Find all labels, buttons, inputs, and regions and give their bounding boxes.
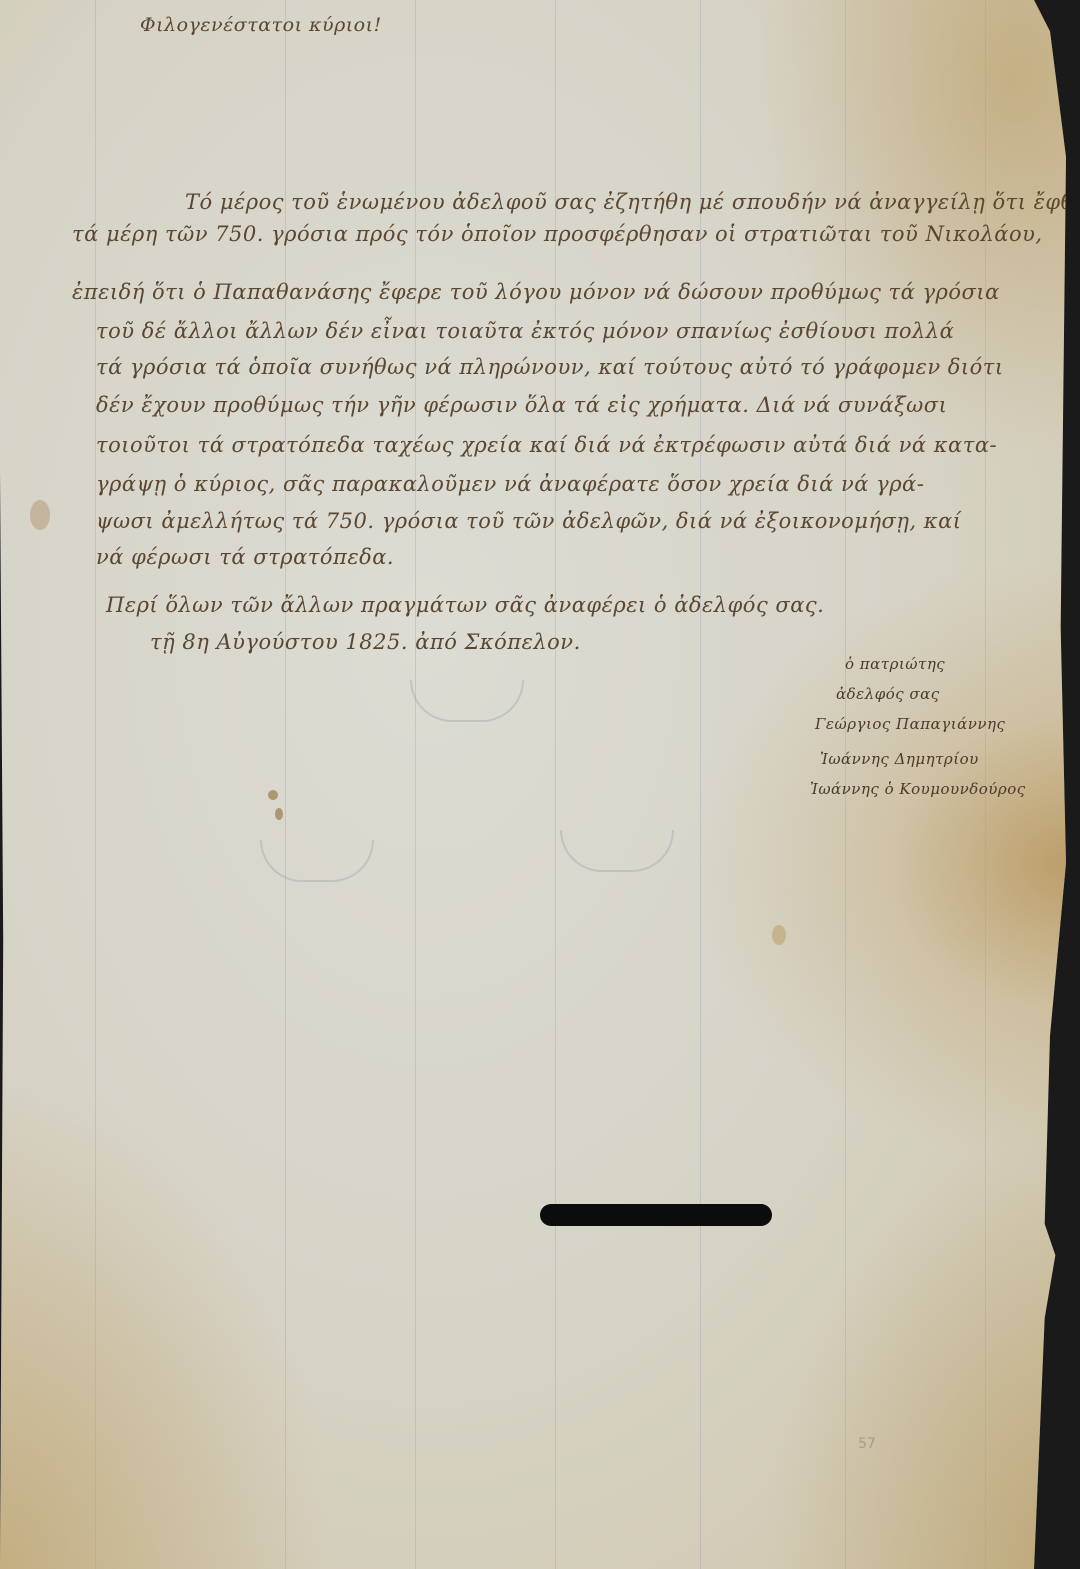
- body-line: γράψῃ ὁ κύριος, σᾶς παρακαλοῦμεν νά ἀναφ…: [96, 472, 924, 496]
- watermark-mark: [260, 840, 374, 882]
- signature-line: Ἰωάννης Δημητρίου: [820, 750, 979, 768]
- signature-line: ὁ πατριώτης: [845, 655, 945, 673]
- watermark-mark: [560, 830, 674, 872]
- ink-stain: [275, 808, 283, 820]
- signature-line: Γεώργιος Παπαγιάννης: [815, 715, 1005, 733]
- manuscript-page: Φιλογενέστατοι κύριοι! Τό μέρος τοῦ ἑνωμ…: [0, 0, 1066, 1569]
- body-line: τά γρόσια τά ὁποῖα συνήθως νά πληρώνουν,…: [96, 355, 1004, 379]
- body-line: νά φέρωσι τά στρατόπεδα.: [96, 545, 394, 569]
- signature-line: ἀδελφός σας: [836, 685, 940, 703]
- body-line: τοῦ δέ ἄλλοι ἄλλων δέν εἶναι τοιαῦτα ἐκτ…: [96, 319, 954, 343]
- body-line: δέν ἔχουν προθύμως τήν γῆν φέρωσιν ὅλα τ…: [96, 393, 947, 417]
- redaction-bar: [540, 1204, 772, 1226]
- letter-salutation: Φιλογενέστατοι κύριοι!: [140, 14, 382, 36]
- body-line: τοιοῦτοι τά στρατόπεδα ταχέως χρεία καί …: [96, 433, 997, 457]
- foxing-stain: [772, 925, 786, 945]
- signature-line: Ἰωάννης ὁ Κουμουνδούρος: [810, 780, 1026, 798]
- date-place-line: τῇ 8η Αὐγούστου 1825. ἀπό Σκόπελον.: [150, 630, 581, 654]
- ink-stain: [268, 790, 278, 800]
- body-line: ψωσι ἀμελλήτως τά 750. γρόσια τοῦ τῶν ἀδ…: [96, 509, 962, 533]
- archive-number: 57: [858, 1436, 876, 1452]
- foxing-stain: [30, 500, 50, 530]
- closing-line: Περί ὅλων τῶν ἄλλων πραγμάτων σᾶς ἀναφέρ…: [106, 593, 824, 617]
- body-line: Τό μέρος τοῦ ἑνωμένου ἀδελφοῦ σας ἐζητήθ…: [185, 190, 1080, 214]
- body-line: ἐπειδή ὅτι ὁ Παπαθανάσης ἔφερε τοῦ λόγου…: [72, 280, 1000, 304]
- watermark-mark: [410, 680, 524, 722]
- body-line: τά μέρη τῶν 750. γρόσια πρός τόν ὁποῖον …: [72, 222, 1043, 246]
